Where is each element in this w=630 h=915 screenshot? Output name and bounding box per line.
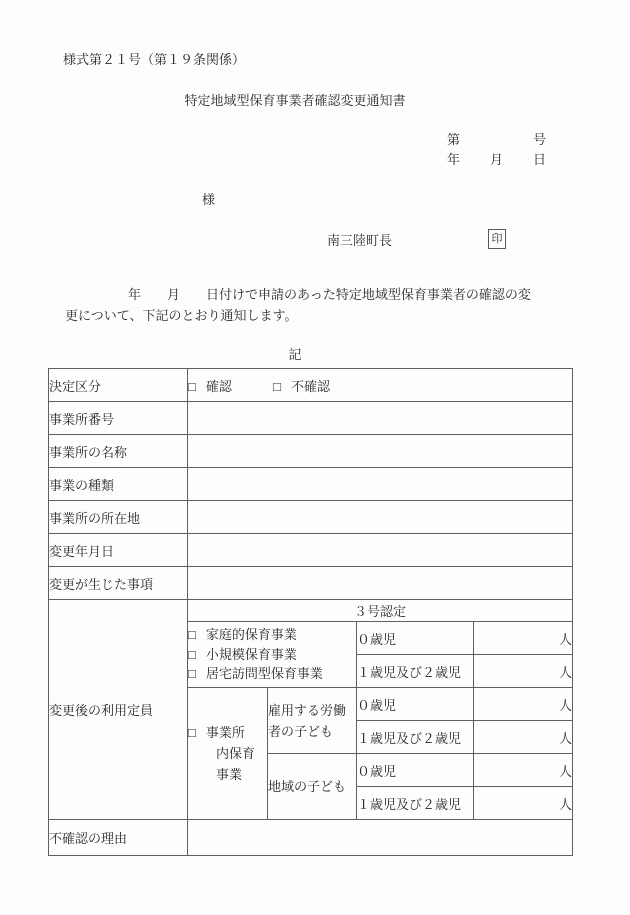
group1-item-home-visit: □居宅訪問型保育事業 — [188, 664, 356, 684]
checkbox-confirmed-icon: □ — [188, 379, 196, 395]
doc-number-suffix: 号 — [533, 132, 546, 147]
business-type-value — [188, 468, 573, 501]
group1-item-small: □小規模保育事業 — [188, 645, 356, 665]
group1-age12-label: １歳児及び２歳児 — [357, 655, 474, 688]
office-name-value — [188, 435, 573, 468]
group2-item-onsite: □事業所 — [188, 722, 267, 743]
row-office-number: 事業所番号 — [49, 402, 573, 435]
checkbox-family-care-icon: □ — [188, 625, 196, 645]
issue-date-line: 年 月 日 — [447, 152, 546, 167]
group2-emp-age12-unit: 人 — [474, 721, 573, 754]
row-decision: 決定区分 □確認 □不確認 — [49, 369, 573, 402]
decision-option-unconfirmed-label: 不確認 — [291, 379, 330, 394]
change-date-value — [188, 534, 573, 567]
group2-emp-age12-label: １歳児及び２歳児 — [357, 721, 474, 754]
row-unconfirmed-reason: 不確認の理由 — [49, 820, 573, 856]
unconfirmed-reason-label: 不確認の理由 — [49, 820, 188, 856]
record-marker: 記 — [0, 347, 590, 362]
unconfirmed-reason-value — [188, 820, 573, 856]
row-business-type: 事業の種類 — [49, 468, 573, 501]
document-number-line: 第 号 — [447, 132, 546, 147]
group2-label-line3: 事業 — [216, 764, 267, 785]
decision-option-confirmed-label: 確認 — [206, 379, 232, 394]
group1-checkbox-list: □家庭的保育事業 □小規模保育事業 □居宅訪問型保育事業 — [188, 622, 357, 688]
office-number-value — [188, 402, 573, 435]
group1-age0-unit: 人 — [474, 622, 573, 655]
row-capacity-header: 変更後の利用定員 ３号認定 — [49, 600, 573, 622]
group2-emp-age0-unit: 人 — [474, 688, 573, 721]
decision-option-confirmed: □確認 — [188, 379, 232, 394]
body-text-line2: 更について、下記のとおり通知します。 — [65, 308, 297, 323]
body-text-line1: 年 月 日付けで申請のあった特定地域型保育事業者の確認の変 — [128, 287, 531, 302]
subgroup-local-label: 地域の子ども — [268, 776, 356, 797]
row-office-address: 事業所の所在地 — [49, 501, 573, 534]
office-name-label: 事業所の名称 — [49, 435, 188, 468]
document-title: 特定地域型保育事業者確認変更通知書 — [0, 93, 590, 108]
group2-emp-age0-label: ０歳児 — [357, 688, 474, 721]
date-year-label: 年 — [447, 152, 460, 167]
decision-value-cell: □確認 □不確認 — [188, 369, 573, 402]
change-date-label: 変更年月日 — [49, 534, 188, 567]
form-number: 様式第２１号（第１９条関係） — [63, 52, 245, 67]
checkbox-home-visit-icon: □ — [188, 664, 196, 684]
group2-checkbox-cell: □事業所 内保育 事業 — [188, 688, 268, 820]
row-changed-items: 変更が生じた事項 — [49, 567, 573, 600]
checkbox-small-scale-icon: □ — [188, 645, 196, 665]
notification-table: 決定区分 □確認 □不確認 事業所番号 事業所の名称 事業の種類 事業所の所在地… — [48, 368, 573, 856]
subgroup-employees-label-cell: 雇用する労働者の子ども — [268, 688, 357, 754]
group1-item-small-label: 小規模保育事業 — [206, 647, 297, 662]
group1-item-family: □家庭的保育事業 — [188, 625, 356, 645]
group1-age0-label: ０歳児 — [357, 622, 474, 655]
office-address-value — [188, 501, 573, 534]
office-number-label: 事業所番号 — [49, 402, 188, 435]
group2-local-age12-label: １歳児及び２歳児 — [357, 787, 474, 820]
decision-label: 決定区分 — [49, 369, 188, 402]
checkbox-unconfirmed-icon: □ — [273, 379, 281, 395]
group2-local-age0-label: ０歳児 — [357, 754, 474, 787]
group1-item-home-visit-label: 居宅訪問型保育事業 — [206, 666, 323, 681]
group2-local-age0-unit: 人 — [474, 754, 573, 787]
checkbox-onsite-care-icon: □ — [188, 722, 196, 743]
changed-items-value — [188, 567, 573, 600]
business-type-label: 事業の種類 — [49, 468, 188, 501]
group2-label-line1: 事業所 — [206, 725, 245, 740]
subgroup-employees-label: 雇用する労働者の子ども — [268, 700, 356, 742]
date-day-label: 日 — [533, 152, 546, 167]
capacity-label: 変更後の利用定員 — [49, 600, 188, 820]
date-month-label: 月 — [490, 152, 503, 167]
group1-item-family-label: 家庭的保育事業 — [206, 627, 297, 642]
group2-label-line2: 内保育 — [216, 743, 267, 764]
addressee-honorific: 様 — [202, 192, 215, 207]
seal-placeholder: 印 — [488, 229, 506, 249]
subgroup-local-label-cell: 地域の子ども — [268, 754, 357, 820]
changed-items-label: 変更が生じた事項 — [49, 567, 188, 600]
office-address-label: 事業所の所在地 — [49, 501, 188, 534]
group1-age12-unit: 人 — [474, 655, 573, 688]
issuer-name: 南三陸町長 — [327, 233, 392, 248]
row-office-name: 事業所の名称 — [49, 435, 573, 468]
decision-option-unconfirmed: □不確認 — [273, 379, 330, 394]
group2-local-age12-unit: 人 — [474, 787, 573, 820]
row-change-date: 変更年月日 — [49, 534, 573, 567]
doc-number-prefix: 第 — [447, 132, 460, 147]
capacity-certification-header: ３号認定 — [188, 600, 573, 622]
